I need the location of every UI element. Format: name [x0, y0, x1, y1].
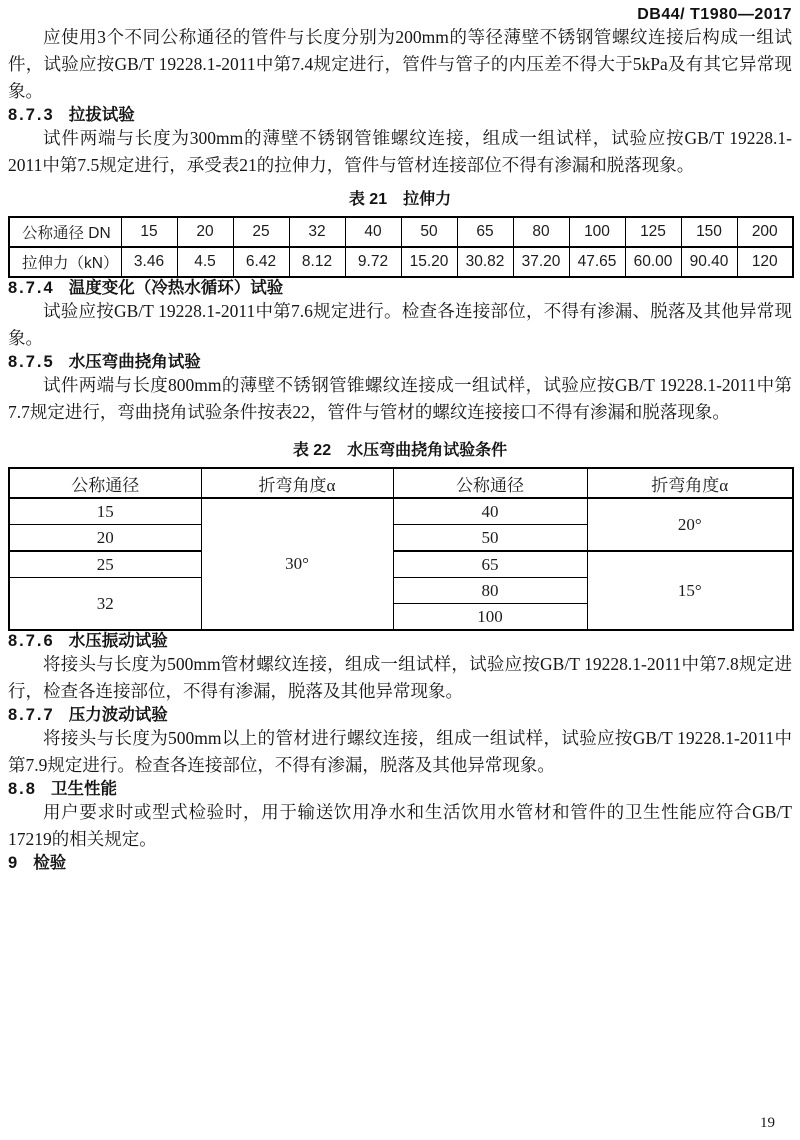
- document-code-header: DB44/ T1980—2017: [8, 0, 792, 24]
- table-row: 15 30° 40 20°: [9, 498, 793, 525]
- paragraph-8-7-7: 将接头与长度为500mm以上的管材进行螺纹连接，组成一组试样，试验应按GB/T …: [8, 725, 792, 779]
- table-cell: 20: [177, 217, 233, 247]
- table-cell: 150: [681, 217, 737, 247]
- table-caption-label: 表 21: [349, 191, 387, 208]
- table-header-cell: 折弯角度α: [587, 468, 793, 498]
- table-header-cell: 公称通径: [9, 468, 201, 498]
- table-cell: 15: [121, 217, 177, 247]
- table-row: 25 65 15°: [9, 551, 793, 578]
- paragraph-8-7-5: 试件两端与长度800mm的薄壁不锈钢管锥螺纹连接成一组试样，试验应按GB/T 1…: [8, 372, 792, 426]
- table-cell: 3.46: [121, 247, 177, 277]
- page-number: 19: [760, 1115, 775, 1132]
- table-caption-label: 表 22: [293, 442, 331, 459]
- table-cell: 8.12: [289, 247, 345, 277]
- table-21-caption: 表 21拉伸力: [8, 190, 792, 210]
- section-title: 拉拔试验: [69, 106, 135, 124]
- section-heading-8-7-5: 8.7.5水压弯曲挠角试验: [8, 352, 792, 372]
- table-cell: 50: [401, 217, 457, 247]
- section-heading-8-7-4: 8.7.4温度变化（冷热水循环）试验: [8, 278, 792, 298]
- table-cell: 120: [737, 247, 793, 277]
- table-row: 公称通径 DN 15 20 25 32 40 50 65 80 100 125 …: [9, 217, 793, 247]
- table-cell: 40: [393, 498, 587, 525]
- table-caption-title: 水压弯曲挠角试验条件: [347, 442, 507, 459]
- section-number: 8.8: [8, 780, 37, 798]
- table-cell: 65: [393, 551, 587, 578]
- section-heading-8-7-7: 8.7.7压力波动试验: [8, 705, 792, 725]
- table-cell: 125: [625, 217, 681, 247]
- table-21-tensile-force: 公称通径 DN 15 20 25 32 40 50 65 80 100 125 …: [8, 216, 794, 278]
- table-cell: 100: [569, 217, 625, 247]
- table-cell: 65: [457, 217, 513, 247]
- section-number: 9: [8, 854, 19, 872]
- table-22-bend-angle-conditions: 公称通径 折弯角度α 公称通径 折弯角度α 15 30° 40 20° 20 5…: [8, 467, 794, 631]
- table-cell-merged: 15°: [587, 551, 793, 630]
- table-cell: 4.5: [177, 247, 233, 277]
- table-cell: 15.20: [401, 247, 457, 277]
- paragraph-8-7-6: 将接头与长度为500mm管材螺纹连接，组成一组试样，试验应按GB/T 19228…: [8, 651, 792, 705]
- table-cell: 37.20: [513, 247, 569, 277]
- section-title: 压力波动试验: [69, 706, 168, 724]
- table-header-cell: 折弯角度α: [201, 468, 393, 498]
- section-title: 水压振动试验: [69, 632, 168, 650]
- section-number: 8.7.7: [8, 706, 55, 724]
- section-number: 8.7.5: [8, 353, 55, 371]
- table-header-cell: 拉伸力（kN）: [9, 247, 121, 277]
- table-header-cell: 公称通径 DN: [9, 217, 121, 247]
- table-cell: 25: [9, 551, 201, 578]
- table-cell: 200: [737, 217, 793, 247]
- section-heading-9: 9检验: [8, 853, 792, 873]
- table-cell: 20: [9, 525, 201, 552]
- section-number: 8.7.4: [8, 279, 55, 297]
- section-title: 水压弯曲挠角试验: [69, 353, 201, 371]
- paragraph-8-7-3: 试件两端与长度为300mm的薄壁不锈钢管锥螺纹连接，组成一组试样，试验应按GB/…: [8, 125, 792, 179]
- paragraph-8-8: 用户要求时或型式检验时，用于输送饮用净水和生活饮用水管材和管件的卫生性能应符合G…: [8, 799, 792, 853]
- table-cell: 100: [393, 604, 587, 631]
- section-title: 检验: [33, 854, 66, 872]
- table-cell: 6.42: [233, 247, 289, 277]
- table-cell: 60.00: [625, 247, 681, 277]
- table-cell-merged: 20°: [587, 498, 793, 551]
- table-row: 公称通径 折弯角度α 公称通径 折弯角度α: [9, 468, 793, 498]
- table-cell: 15: [9, 498, 201, 525]
- section-heading-8-8: 8.8卫生性能: [8, 779, 792, 799]
- table-cell-merged: 32: [9, 578, 201, 631]
- table-cell: 30.82: [457, 247, 513, 277]
- table-cell-merged: 30°: [201, 498, 393, 630]
- paragraph-8-7-2-continued: 应使用3个不同公称通径的管件与长度分别为200mm的等径薄壁不锈钢管螺纹连接后构…: [8, 24, 792, 105]
- table-cell: 80: [513, 217, 569, 247]
- section-title: 卫生性能: [51, 780, 117, 798]
- section-heading-8-7-3: 8.7.3拉拔试验: [8, 105, 792, 125]
- table-cell: 32: [289, 217, 345, 247]
- section-title: 温度变化（冷热水循环）试验: [69, 279, 284, 297]
- table-cell: 50: [393, 525, 587, 552]
- table-cell: 80: [393, 578, 587, 604]
- section-number: 8.7.6: [8, 632, 55, 650]
- table-cell: 25: [233, 217, 289, 247]
- table-cell: 90.40: [681, 247, 737, 277]
- table-cell: 9.72: [345, 247, 401, 277]
- section-number: 8.7.3: [8, 106, 55, 124]
- paragraph-8-7-4: 试验应按GB/T 19228.1-2011中第7.6规定进行。检查各连接部位，不…: [8, 298, 792, 352]
- table-row: 拉伸力（kN） 3.46 4.5 6.42 8.12 9.72 15.20 30…: [9, 247, 793, 277]
- table-22-caption: 表 22水压弯曲挠角试验条件: [8, 441, 792, 461]
- section-heading-8-7-6: 8.7.6水压振动试验: [8, 631, 792, 651]
- document-page: DB44/ T1980—2017 应使用3个不同公称通径的管件与长度分别为200…: [0, 0, 800, 1140]
- table-cell: 47.65: [569, 247, 625, 277]
- table-caption-title: 拉伸力: [403, 191, 451, 208]
- table-header-cell: 公称通径: [393, 468, 587, 498]
- table-cell: 40: [345, 217, 401, 247]
